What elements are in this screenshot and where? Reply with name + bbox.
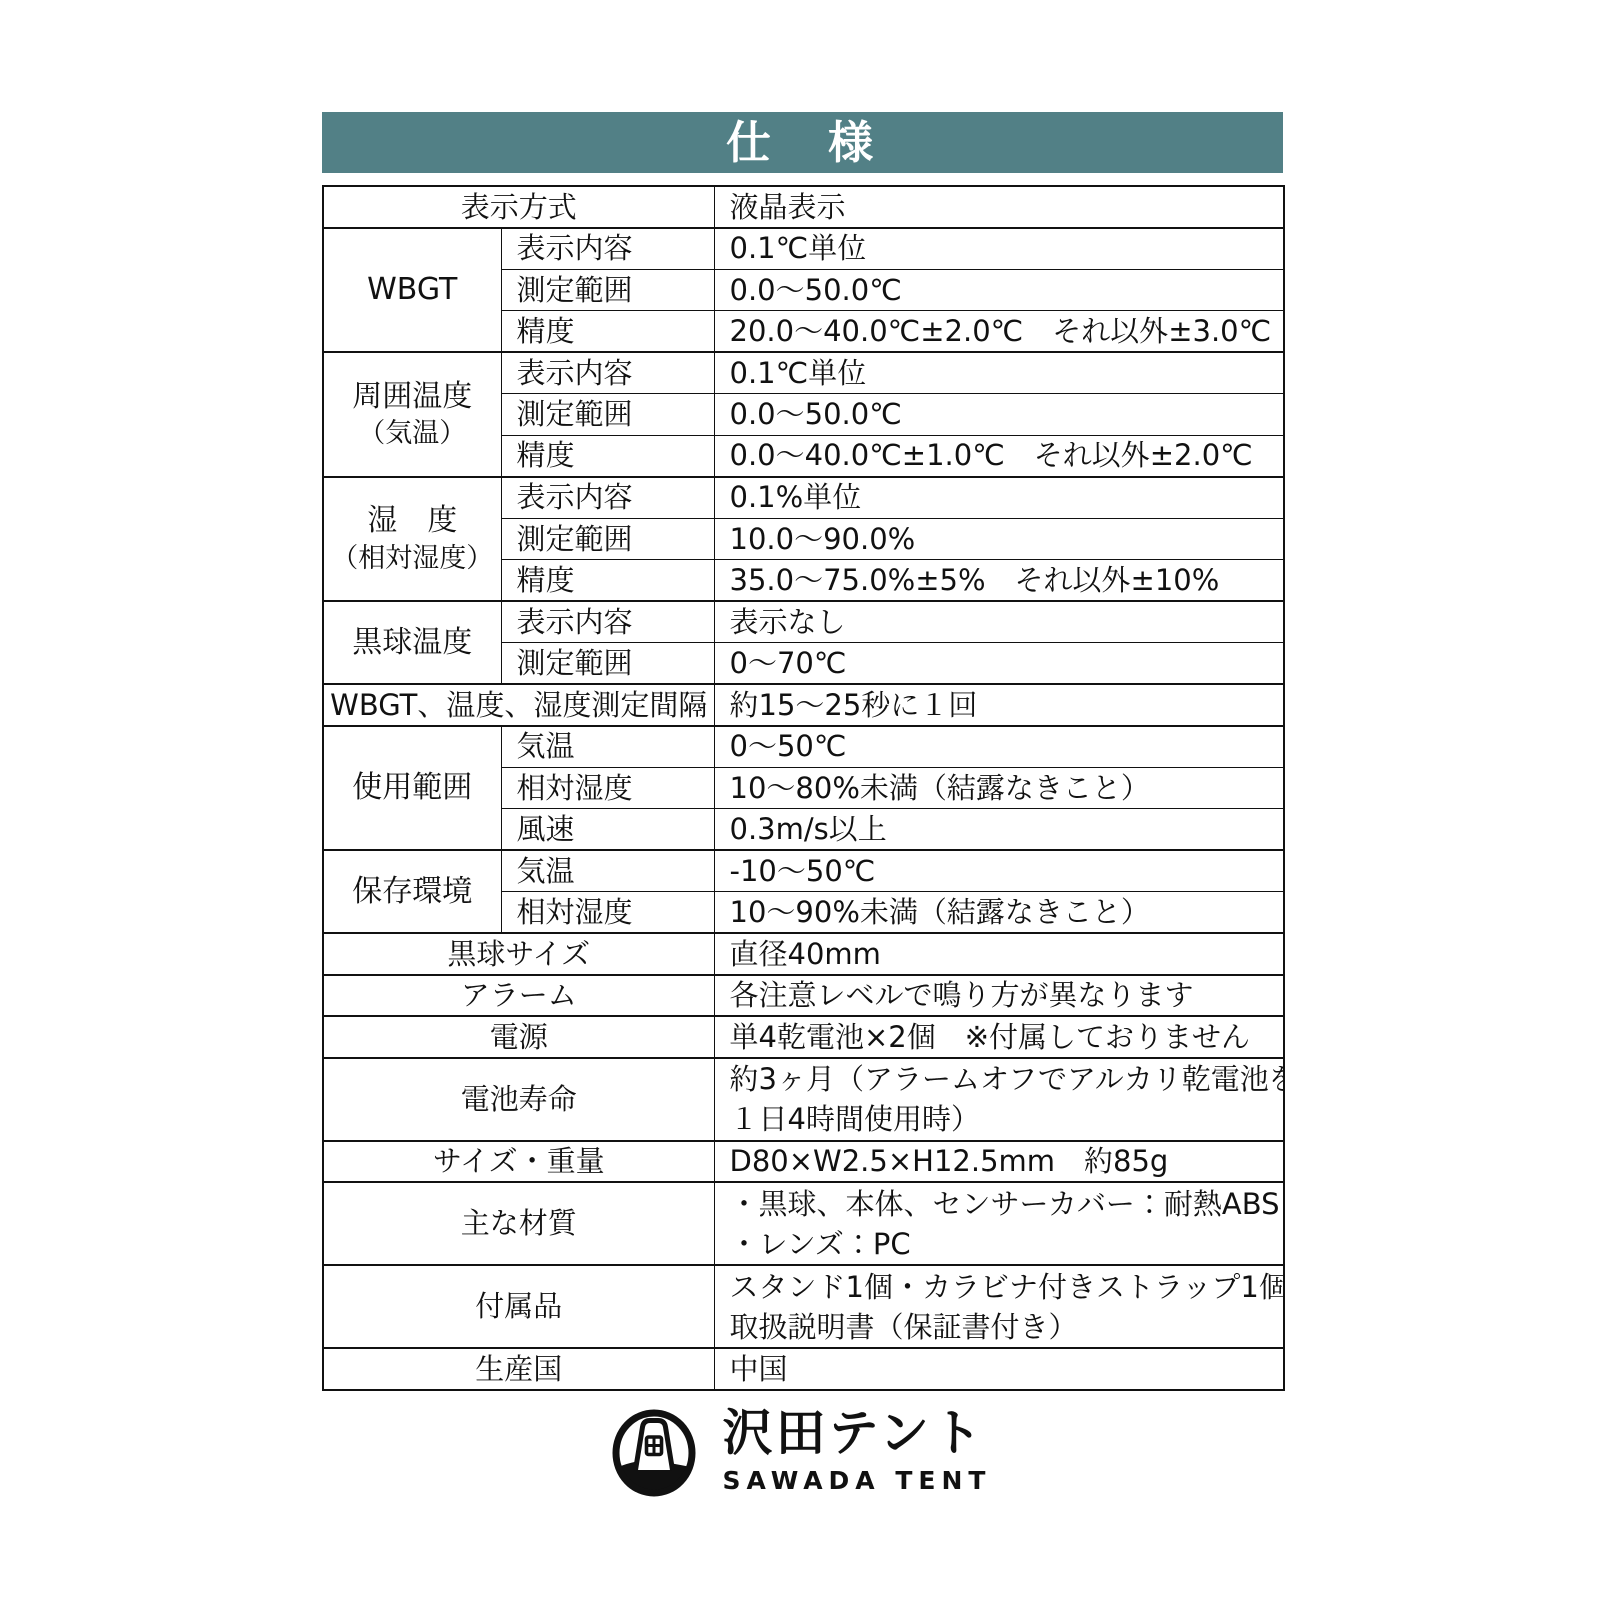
sub-label-cell: 相対湿度 [501, 767, 714, 809]
brand-logo: 沢田テント SAWADA TENT [0, 1406, 1600, 1500]
sub-label-cell: 気温 [501, 850, 714, 892]
value-cell: 0〜70℃ [714, 643, 1284, 685]
table-row: 黒球サイズ直径40mm [323, 933, 1284, 975]
row-label-cell: 生産国 [323, 1348, 714, 1390]
sub-label-cell: 相対湿度 [501, 892, 714, 934]
spec-table-body: 表示方式液晶表示WBGT表示内容0.1℃単位測定範囲0.0〜50.0℃精度20.… [323, 186, 1284, 1390]
group-label-cell: 黒球温度 [323, 601, 501, 684]
table-row: 生産国中国 [323, 1348, 1284, 1390]
value-cell: 0.0〜40.0℃±1.0℃ それ以外±2.0℃ [714, 435, 1284, 477]
table-row: WBGT、温度、湿度測定間隔約15〜25秒に１回 [323, 684, 1284, 726]
table-row: 使用範囲気温0〜50℃ [323, 726, 1284, 768]
sub-label-cell: 表示内容 [501, 477, 714, 519]
page-sheet: 仕 様 表示方式液晶表示WBGT表示内容0.1℃単位測定範囲0.0〜50.0℃精… [0, 0, 1600, 1600]
value-cell: 35.0〜75.0%±5% それ以外±10% [714, 560, 1284, 602]
sub-label-cell: 精度 [501, 560, 714, 602]
value-cell: 中国 [714, 1348, 1284, 1390]
value-cell: 10.0〜90.0% [714, 518, 1284, 560]
sub-label-cell: 精度 [501, 435, 714, 477]
row-label-cell: サイズ・重量 [323, 1141, 714, 1183]
value-cell: 10〜80%未満（結露なきこと） [714, 767, 1284, 809]
value-cell: スタンド1個・カラビナ付きストラップ1個取扱説明書（保証書付き） [714, 1265, 1284, 1348]
sub-label-cell: 表示内容 [501, 228, 714, 270]
spec-title: 仕 様 [726, 120, 879, 165]
value-cell: 0.1℃単位 [714, 228, 1284, 270]
sub-label-cell: 測定範囲 [501, 643, 714, 685]
value-cell: 0〜50℃ [714, 726, 1284, 768]
sub-label-cell: 表示内容 [501, 352, 714, 394]
value-cell: 0.0〜50.0℃ [714, 269, 1284, 311]
row-label-cell: 電源 [323, 1016, 714, 1058]
row-label-cell: 主な材質 [323, 1182, 714, 1265]
sub-label-cell: 測定範囲 [501, 269, 714, 311]
value-cell: 0.0〜50.0℃ [714, 394, 1284, 436]
table-row: 表示方式液晶表示 [323, 186, 1284, 228]
row-label-cell: 付属品 [323, 1265, 714, 1348]
table-row: 電池寿命約3ヶ月（アラームオフでアルカリ乾電池を１日4時間使用時） [323, 1058, 1284, 1141]
value-cell: 約3ヶ月（アラームオフでアルカリ乾電池を１日4時間使用時） [714, 1058, 1284, 1141]
value-cell: -10〜50℃ [714, 850, 1284, 892]
value-cell: 0.1℃単位 [714, 352, 1284, 394]
value-cell: 直径40mm [714, 933, 1284, 975]
table-row: WBGT表示内容0.1℃単位 [323, 228, 1284, 270]
value-cell: 表示なし [714, 601, 1284, 643]
brand-name-jp: 沢田テント [723, 1406, 986, 1461]
spec-table: 表示方式液晶表示WBGT表示内容0.1℃単位測定範囲0.0〜50.0℃精度20.… [322, 185, 1285, 1391]
value-cell: 10〜90%未満（結露なきこと） [714, 892, 1284, 934]
value-cell: 各注意レベルで鳴り方が異なります [714, 975, 1284, 1017]
value-cell: 約15〜25秒に１回 [714, 684, 1284, 726]
row-label-cell: 表示方式 [323, 186, 714, 228]
table-row: 黒球温度表示内容表示なし [323, 601, 1284, 643]
sub-label-cell: 測定範囲 [501, 518, 714, 560]
row-label-cell: WBGT、温度、湿度測定間隔 [323, 684, 714, 726]
group-label-cell: WBGT [323, 228, 501, 353]
value-cell: 20.0〜40.0℃±2.0℃ それ以外±3.0℃ [714, 311, 1284, 353]
group-label-cell: 湿 度（相対湿度） [323, 477, 501, 602]
value-cell: D80×W2.5×H12.5mm 約85g [714, 1141, 1284, 1183]
tent-in-circle-icon [609, 1406, 699, 1500]
value-cell: 液晶表示 [714, 186, 1284, 228]
table-row: サイズ・重量D80×W2.5×H12.5mm 約85g [323, 1141, 1284, 1183]
brand-name-en: SAWADA TENT [723, 1466, 992, 1495]
sub-label-cell: 測定範囲 [501, 394, 714, 436]
sub-label-cell: 精度 [501, 311, 714, 353]
group-label-cell: 周囲温度（気温） [323, 352, 501, 477]
value-cell: 0.3m/s以上 [714, 809, 1284, 851]
table-row: アラーム各注意レベルで鳴り方が異なります [323, 975, 1284, 1017]
value-cell: 0.1%単位 [714, 477, 1284, 519]
spec-banner: 仕 様 [322, 112, 1283, 173]
spec-sheet-content: 仕 様 表示方式液晶表示WBGT表示内容0.1℃単位測定範囲0.0〜50.0℃精… [322, 112, 1283, 1391]
row-label-cell: アラーム [323, 975, 714, 1017]
row-label-cell: 黒球サイズ [323, 933, 714, 975]
table-row: 周囲温度（気温）表示内容0.1℃単位 [323, 352, 1284, 394]
table-row: 保存環境気温-10〜50℃ [323, 850, 1284, 892]
brand-text-block: 沢田テント SAWADA TENT [723, 1406, 992, 1495]
value-cell: 単4乾電池×2個 ※付属しておりません [714, 1016, 1284, 1058]
table-row: 湿 度（相対湿度）表示内容0.1%単位 [323, 477, 1284, 519]
table-row: 主な材質・黒球、本体、センサーカバー：耐熱ABS・レンズ：PC [323, 1182, 1284, 1265]
sub-label-cell: 表示内容 [501, 601, 714, 643]
sub-label-cell: 風速 [501, 809, 714, 851]
group-label-cell: 保存環境 [323, 850, 501, 933]
group-label-cell: 使用範囲 [323, 726, 501, 851]
value-cell: ・黒球、本体、センサーカバー：耐熱ABS・レンズ：PC [714, 1182, 1284, 1265]
table-row: 付属品スタンド1個・カラビナ付きストラップ1個取扱説明書（保証書付き） [323, 1265, 1284, 1348]
row-label-cell: 電池寿命 [323, 1058, 714, 1141]
sub-label-cell: 気温 [501, 726, 714, 768]
table-row: 電源単4乾電池×2個 ※付属しておりません [323, 1016, 1284, 1058]
